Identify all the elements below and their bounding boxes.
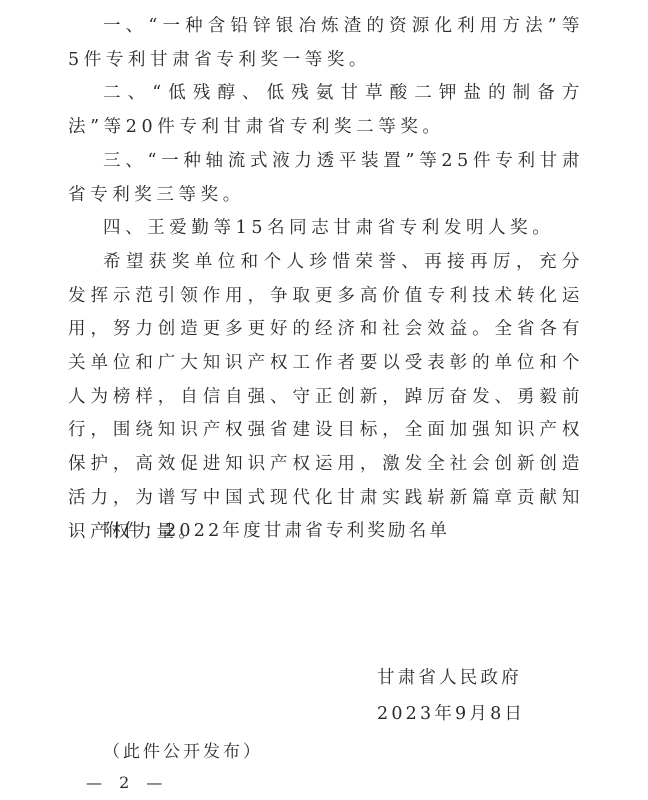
award-item-third-prize: 三、“一种轴流式液力透平装置”等25件专利甘肃省专利奖三等奖。	[68, 145, 584, 212]
public-release-note: （此件公开发布）	[103, 737, 263, 762]
award-item-first-prize: 一、“一种含铅锌银冶炼渣的资源化利用方法”等5件专利甘肃省专利奖一等奖。	[68, 10, 584, 77]
signature-block: 甘肃省人民政府 2023年9月8日	[377, 660, 525, 732]
document-page: 一、“一种含铅锌银冶炼渣的资源化利用方法”等5件专利甘肃省专利奖一等奖。 二、“…	[0, 0, 648, 800]
issuer-name: 甘肃省人民政府	[377, 660, 525, 696]
award-item-inventor-prize: 四、王爱勤等15名同志甘肃省专利发明人奖。	[68, 212, 584, 246]
award-item-second-prize: 二、“低残醇、低残氨甘草酸二钾盐的制备方法”等20件专利甘肃省专利奖二等奖。	[68, 77, 584, 144]
document-body: 一、“一种含铅锌银冶炼渣的资源化利用方法”等5件专利甘肃省专利奖一等奖。 二、“…	[68, 10, 584, 549]
page-number: — 2 —	[86, 773, 168, 792]
attachment-note: 附件：2022年度甘肃省专利奖励名单	[103, 515, 450, 548]
issue-date: 2023年9月8日	[377, 696, 525, 732]
closing-paragraph: 希望获奖单位和个人珍惜荣誉、再接再厉，充分发挥示范引领作用，争取更多高价值专利技…	[68, 246, 584, 549]
